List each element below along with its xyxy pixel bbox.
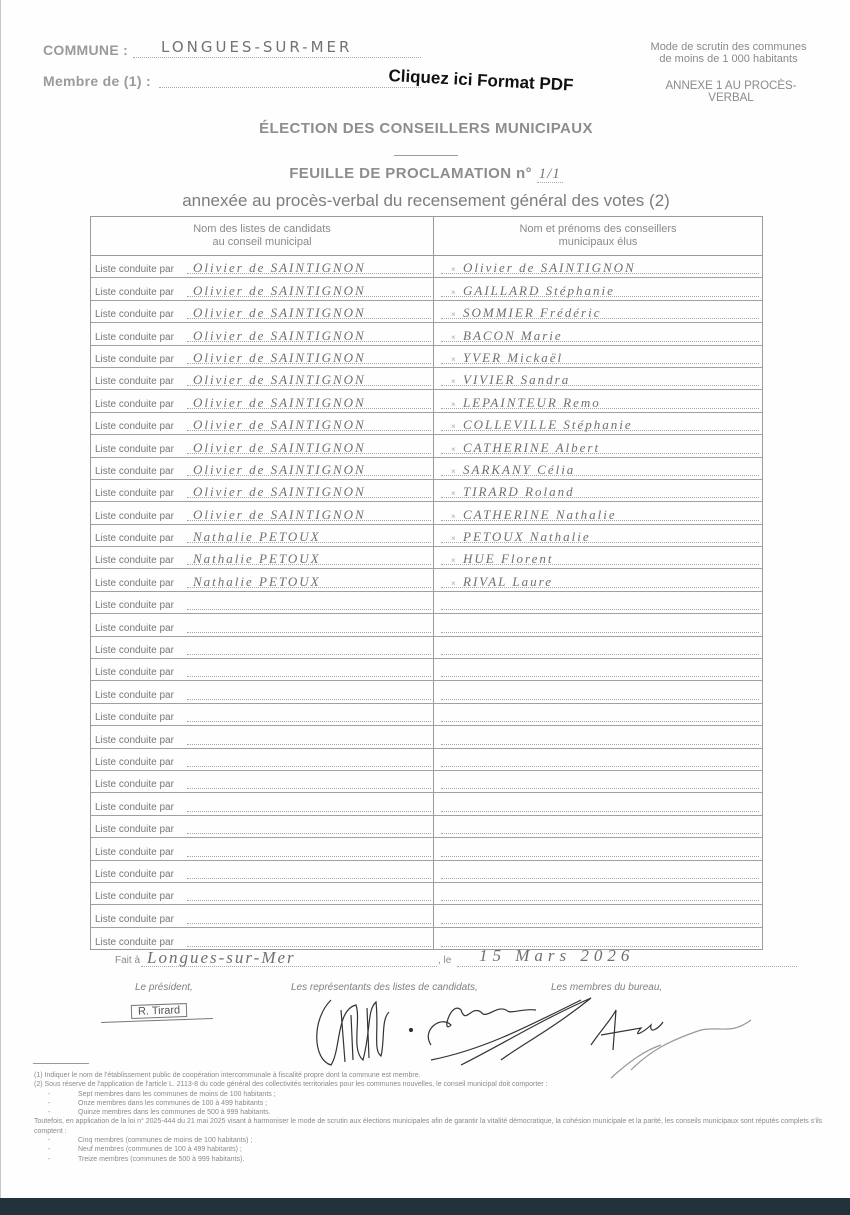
elected-name-value: GAILLARD Stéphanie xyxy=(463,283,615,299)
list-leader-value: Nathalie PETOUX xyxy=(193,574,321,590)
row-label: Liste conduite par xyxy=(95,399,174,410)
table-row: Liste conduite par × Nathalie PETOUX PET… xyxy=(91,525,762,547)
list-leader-value: Olivier de SAINTIGNON xyxy=(193,484,366,500)
row-label: Liste conduite par xyxy=(95,421,174,432)
row-label: Liste conduite par xyxy=(95,600,174,611)
list-dotted-line xyxy=(187,676,431,677)
elected-name-value: CATHERINE Albert xyxy=(463,440,600,456)
table-row: Liste conduite par xyxy=(91,905,762,927)
elected-dotted-line xyxy=(441,856,759,857)
row-label: Liste conduite par xyxy=(95,645,174,656)
list-dotted-line xyxy=(187,788,431,789)
table-row: Liste conduite par × Olivier de SAINTIGN… xyxy=(91,278,762,300)
commune-dotted-line xyxy=(133,57,421,58)
table-row: Liste conduite par xyxy=(91,637,762,659)
check-mark-icon: × xyxy=(451,445,456,454)
check-mark-icon: × xyxy=(451,355,456,364)
list-dotted-line xyxy=(187,721,431,722)
list-dotted-line xyxy=(187,699,431,700)
footnote-3-item: Treize membres (communes de 500 à 999 ha… xyxy=(34,1155,834,1164)
commune-value: LONGUES-SUR-MER xyxy=(161,38,352,56)
proclamation-title: FEUILLE DE PROCLAMATION n° 1/1 xyxy=(1,165,850,183)
table-row: Liste conduite par xyxy=(91,861,762,883)
table-row: Liste conduite par xyxy=(91,816,762,838)
table-row: Liste conduite par × Olivier de SAINTIGN… xyxy=(91,256,762,278)
table-row: Liste conduite par xyxy=(91,771,762,793)
header-elected: Nom et prénoms des conseillers municipau… xyxy=(434,217,762,255)
list-dotted-line xyxy=(187,654,431,655)
elected-dotted-line xyxy=(441,699,759,700)
scrutin-note: Mode de scrutin des communes de moins de… xyxy=(631,41,826,65)
table-row: Liste conduite par xyxy=(91,614,762,636)
row-label: Liste conduite par xyxy=(95,533,174,544)
check-mark-icon: × xyxy=(451,467,456,476)
title-separator xyxy=(394,155,458,156)
row-label: Liste conduite par xyxy=(95,287,174,298)
elected-name-value: RIVAL Laure xyxy=(463,574,553,590)
row-label: Liste conduite par xyxy=(95,891,174,902)
table-row: Liste conduite par × Olivier de SAINTIGN… xyxy=(91,390,762,412)
table-row: Liste conduite par × Olivier de SAINTIGN… xyxy=(91,323,762,345)
list-leader-value: Olivier de SAINTIGNON xyxy=(193,283,366,299)
row-label: Liste conduite par xyxy=(95,332,174,343)
footnote-3-item: Cinq membres (communes de moins de 100 h… xyxy=(34,1136,834,1145)
table-row: Liste conduite par xyxy=(91,749,762,771)
list-leader-value: Olivier de SAINTIGNON xyxy=(193,417,366,433)
president-label: Le président, xyxy=(135,982,193,993)
list-dotted-line xyxy=(187,811,431,812)
elected-dotted-line xyxy=(441,923,759,924)
table-row: Liste conduite par × Olivier de SAINTIGN… xyxy=(91,435,762,457)
list-dotted-line xyxy=(187,766,431,767)
elected-dotted-line xyxy=(441,833,759,834)
list-dotted-line xyxy=(187,900,431,901)
list-dotted-line xyxy=(187,923,431,924)
list-dotted-line xyxy=(187,833,431,834)
row-label: Liste conduite par xyxy=(95,376,174,387)
table-row: Liste conduite par xyxy=(91,659,762,681)
viewer-bottom-bar xyxy=(0,1198,850,1215)
table-row: Liste conduite par xyxy=(91,704,762,726)
row-label: Liste conduite par xyxy=(95,354,174,365)
list-leader-value: Olivier de SAINTIGNON xyxy=(193,507,366,523)
list-leader-value: Olivier de SAINTIGNON xyxy=(193,260,366,276)
election-title: ÉLECTION DES CONSEILLERS MUNICIPAUX xyxy=(1,120,850,137)
date-label: , le xyxy=(438,955,451,966)
check-mark-icon: × xyxy=(451,422,456,431)
table-row: Liste conduite par xyxy=(91,928,762,950)
elected-dotted-line xyxy=(441,676,759,677)
header-lists-line2: au conseil municipal xyxy=(91,236,433,249)
elected-dotted-line xyxy=(441,632,759,633)
check-mark-icon: × xyxy=(451,400,456,409)
elected-dotted-line xyxy=(441,721,759,722)
footnotes: (1) Indiquer le nom de l'établissement p… xyxy=(34,1071,834,1164)
elected-name-value: LEPAINTEUR Remo xyxy=(463,395,601,411)
check-mark-icon: × xyxy=(451,556,456,565)
footnote-2-item: Quinze membres dans les communes de 500 … xyxy=(34,1108,834,1117)
elected-name-value: Olivier de SAINTIGNON xyxy=(463,260,636,276)
elected-name-value: YVER Mickaël xyxy=(463,350,563,366)
list-leader-value: Nathalie PETOUX xyxy=(193,551,321,567)
list-dotted-line xyxy=(187,878,431,879)
check-mark-icon: × xyxy=(451,288,456,297)
footnote-separator xyxy=(33,1063,89,1064)
list-leader-value: Nathalie PETOUX xyxy=(193,529,321,545)
table-row: Liste conduite par × Olivier de SAINTIGN… xyxy=(91,368,762,390)
proclamation-label: FEUILLE DE PROCLAMATION n° xyxy=(289,165,532,182)
elected-name-value: SOMMIER Frédéric xyxy=(463,305,602,321)
table-row: Liste conduite par xyxy=(91,726,762,748)
membre-label: Membre de (1) : xyxy=(43,73,151,89)
table-row: Liste conduite par xyxy=(91,681,762,703)
check-mark-icon: × xyxy=(451,512,456,521)
header-lists: Nom des listes de candidats au conseil m… xyxy=(91,217,433,255)
table-row: Liste conduite par xyxy=(91,793,762,815)
row-label: Liste conduite par xyxy=(95,488,174,499)
table-row: Liste conduite par × Olivier de SAINTIGN… xyxy=(91,413,762,435)
row-label: Liste conduite par xyxy=(95,444,174,455)
row-label: Liste conduite par xyxy=(95,824,174,835)
row-label: Liste conduite par xyxy=(95,847,174,858)
table-row: Liste conduite par × Olivier de SAINTIGN… xyxy=(91,301,762,323)
table-row: Liste conduite par × Olivier de SAINTIGN… xyxy=(91,480,762,502)
check-mark-icon: × xyxy=(451,579,456,588)
scanned-document-page: COMMUNE : LONGUES-SUR-MER Membre de (1) … xyxy=(0,0,850,1198)
list-leader-value: Olivier de SAINTIGNON xyxy=(193,328,366,344)
list-dotted-line xyxy=(187,856,431,857)
row-label: Liste conduite par xyxy=(95,735,174,746)
table-row: Liste conduite par × Olivier de SAINTIGN… xyxy=(91,458,762,480)
elected-name-value: CATHERINE Nathalie xyxy=(463,507,617,523)
elected-name-value: VIVIER Sandra xyxy=(463,372,570,388)
list-leader-value: Olivier de SAINTIGNON xyxy=(193,462,366,478)
list-dotted-line xyxy=(187,744,431,745)
header-elected-line1: Nom et prénoms des conseillers xyxy=(434,223,762,236)
check-mark-icon: × xyxy=(451,310,456,319)
fait-place-value: Longues-sur-Mer xyxy=(147,948,296,968)
president-stamp: R. Tirard xyxy=(131,1003,188,1019)
table-row: Liste conduite par × Nathalie PETOUX RIV… xyxy=(91,569,762,591)
row-label: Liste conduite par xyxy=(95,264,174,275)
fait-a-line: Fait à xyxy=(115,955,140,966)
footnote-3: Toutefois, en application de la loi n° 2… xyxy=(34,1117,834,1136)
row-label: Liste conduite par xyxy=(95,578,174,589)
list-leader-value: Olivier de SAINTIGNON xyxy=(193,395,366,411)
proclamation-table: Nom des listes de candidats au conseil m… xyxy=(90,216,763,950)
table-row: Liste conduite par xyxy=(91,592,762,614)
row-label: Liste conduite par xyxy=(95,937,174,948)
list-leader-value: Olivier de SAINTIGNON xyxy=(193,372,366,388)
date-value: 15 Mars 2026 xyxy=(479,946,634,966)
elected-dotted-line xyxy=(441,878,759,879)
check-mark-icon: × xyxy=(451,265,456,274)
date-dotted-line xyxy=(457,966,797,967)
list-dotted-line xyxy=(187,609,431,610)
president-stamp-underline xyxy=(101,1018,213,1023)
check-mark-icon: × xyxy=(451,333,456,342)
proclamation-number: 1/1 xyxy=(537,166,563,183)
row-label: Liste conduite par xyxy=(95,623,174,634)
row-label: Liste conduite par xyxy=(95,309,174,320)
elected-name-value: HUE Florent xyxy=(463,551,553,567)
row-label: Liste conduite par xyxy=(95,511,174,522)
list-dotted-line xyxy=(187,946,431,947)
pdf-format-link[interactable]: Cliquez ici Format PDF xyxy=(388,66,574,96)
table-row: Liste conduite par xyxy=(91,838,762,860)
list-leader-value: Olivier de SAINTIGNON xyxy=(193,305,366,321)
table-row: Liste conduite par × Nathalie PETOUX HUE… xyxy=(91,547,762,569)
proclamation-subtitle: annexée au procès-verbal du recensement … xyxy=(1,191,850,211)
footnote-2: (2) Sous réserve de l'application de l'a… xyxy=(34,1080,834,1089)
row-label: Liste conduite par xyxy=(95,712,174,723)
scrutin-note-line2: de moins de 1 000 habitants xyxy=(631,53,826,65)
table-row: Liste conduite par xyxy=(91,883,762,905)
check-mark-icon: × xyxy=(451,489,456,498)
elected-dotted-line xyxy=(441,766,759,767)
elected-name-value: PETOUX Nathalie xyxy=(463,529,591,545)
footnote-3-item: Neuf membres (communes de 100 à 499 habi… xyxy=(34,1145,834,1154)
header-elected-line2: municipaux élus xyxy=(434,236,762,249)
table-row: Liste conduite par × Olivier de SAINTIGN… xyxy=(91,502,762,524)
elected-name-value: BACON Marie xyxy=(463,328,563,344)
list-leader-value: Olivier de SAINTIGNON xyxy=(193,440,366,456)
scrutin-note-line1: Mode de scrutin des communes xyxy=(631,41,826,53)
elected-dotted-line xyxy=(441,900,759,901)
row-label: Liste conduite par xyxy=(95,555,174,566)
elected-dotted-line xyxy=(441,744,759,745)
elected-name-value: TIRARD Roland xyxy=(463,484,575,500)
check-mark-icon: × xyxy=(451,377,456,386)
table-row: Liste conduite par × Olivier de SAINTIGN… xyxy=(91,346,762,368)
annexe-note-line1: ANNEXE 1 AU PROCÈS- xyxy=(641,80,821,92)
list-dotted-line xyxy=(187,632,431,633)
fait-label: Fait à xyxy=(115,955,140,966)
footnote-2-item: Sept membres dans les communes de moins … xyxy=(34,1090,834,1099)
elected-dotted-line xyxy=(441,609,759,610)
row-label: Liste conduite par xyxy=(95,869,174,880)
header-lists-line1: Nom des listes de candidats xyxy=(91,223,433,236)
table-body: Liste conduite par × Olivier de SAINTIGN… xyxy=(91,256,762,949)
annexe-note: ANNEXE 1 AU PROCÈS- VERBAL xyxy=(641,80,821,104)
row-label: Liste conduite par xyxy=(95,779,174,790)
commune-label: COMMUNE : xyxy=(43,42,128,58)
footnote-1: (1) Indiquer le nom de l'établissement p… xyxy=(34,1071,834,1080)
elected-name-value: SARKANY Célia xyxy=(463,462,575,478)
row-label: Liste conduite par xyxy=(95,802,174,813)
row-label: Liste conduite par xyxy=(95,690,174,701)
list-leader-value: Olivier de SAINTIGNON xyxy=(193,350,366,366)
elected-dotted-line xyxy=(441,654,759,655)
footnote-2-item: Onze membres dans les communes de 100 à … xyxy=(34,1099,834,1108)
signatures-icon xyxy=(301,990,761,1080)
row-label: Liste conduite par xyxy=(95,757,174,768)
elected-dotted-line xyxy=(441,811,759,812)
row-label: Liste conduite par xyxy=(95,667,174,678)
row-label: Liste conduite par xyxy=(95,466,174,477)
membre-dotted-line xyxy=(159,87,421,88)
row-label: Liste conduite par xyxy=(95,914,174,925)
annexe-note-line2: VERBAL xyxy=(641,92,821,104)
check-mark-icon: × xyxy=(451,534,456,543)
elected-name-value: COLLEVILLE Stéphanie xyxy=(463,417,633,433)
elected-dotted-line xyxy=(441,788,759,789)
